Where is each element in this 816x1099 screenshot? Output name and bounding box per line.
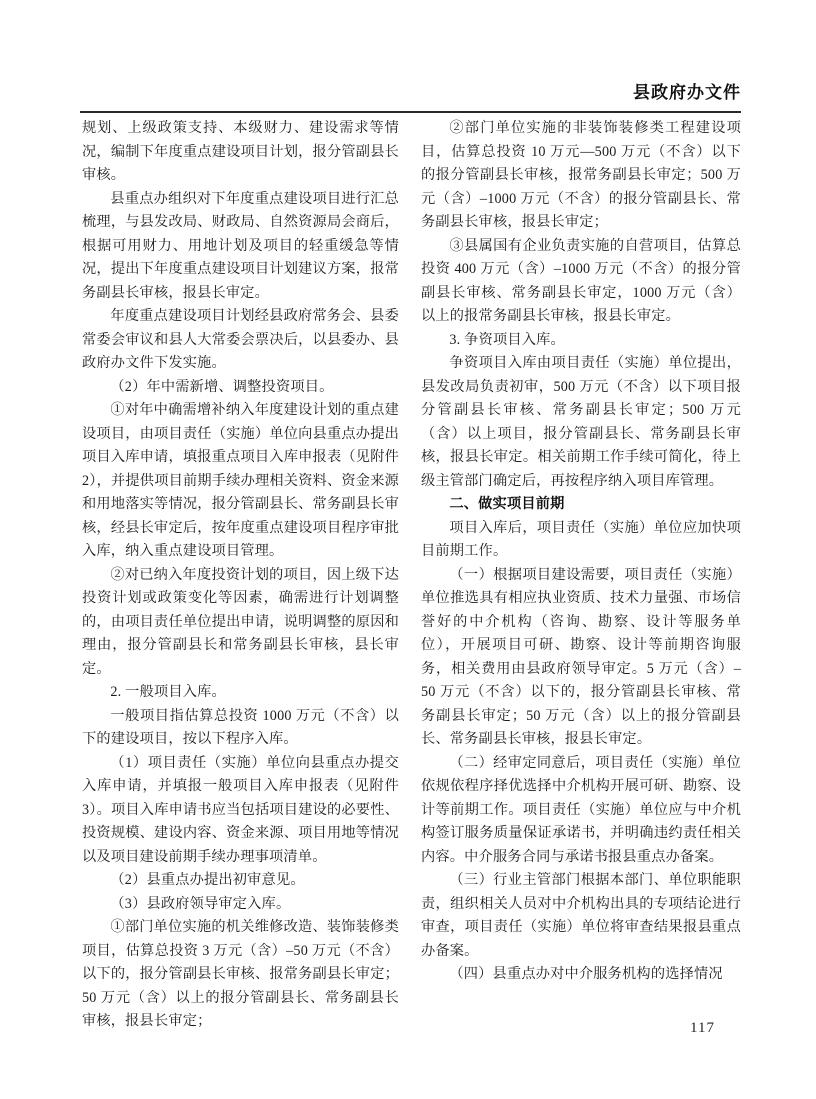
paragraph: ②部门单位实施的非装饰装修类工程建设项目，估算总投资 10 万元—500 万元（… <box>421 117 741 235</box>
paragraph: ③县属国有企业负责实施的自营项目，估算总投资 400 万元（含）–1000 万元… <box>421 235 741 329</box>
section-heading: 二、做实项目前期 <box>421 493 741 517</box>
paragraph: （2）年中需新增、调整投资项目。 <box>82 376 399 400</box>
paragraph: 2. 一般项目入库。 <box>82 681 399 705</box>
paragraph: （1）项目责任（实施）单位向县重点办提交入库申请，并填报一般项目入库申报表（见附… <box>82 752 399 870</box>
paragraph: 一般项目指估算总投资 1000 万元（不含）以下的建设项目，按以下程序入库。 <box>82 705 399 752</box>
paragraph: 年度重点建设项目计划经县政府常务会、县委常委会审议和县人大常委会票决后，以县委办… <box>82 305 399 376</box>
paragraph: （二）经审定同意后，项目责任（实施）单位依规依程序择优选择中介机构开展可研、勘察… <box>421 752 741 870</box>
page-header-title: 县政府办文件 <box>633 83 741 102</box>
paragraph: （一）根据项目建设需要，项目责任（实施）单位推选具有相应执业资质、技术力量强、市… <box>421 564 741 752</box>
paragraph: ①部门单位实施的机关维修改造、装饰装修类项目，估算总投资 3 万元（含）–50 … <box>82 916 399 1034</box>
paragraph: 项目入库后，项目责任（实施）单位应加快项目前期工作。 <box>421 517 741 564</box>
paragraph: 规划、上级政策支持、本级财力、建设需求等情况，编制下年度重点建设项目计划，报分管… <box>82 117 399 188</box>
paragraph: 县重点办组织对下年度重点建设项目进行汇总梳理，与县发改局、财政局、自然资源局会商… <box>82 188 399 306</box>
text-column-right: ②部门单位实施的非装饰装修类工程建设项目，估算总投资 10 万元—500 万元（… <box>421 117 741 987</box>
paragraph: ①对年中确需增补纳入年度建设计划的重点建设项目，由项目责任（实施）单位向县重点办… <box>82 399 399 564</box>
text-column-left: 规划、上级政策支持、本级财力、建设需求等情况，编制下年度重点建设项目计划，报分管… <box>82 117 399 1034</box>
paragraph: 争资项目入库由项目责任（实施）单位提出，县发改局负责初审，500 万元（不含）以… <box>421 352 741 493</box>
paragraph: 3. 争资项目入库。 <box>421 329 741 353</box>
paragraph: ②对已纳入年度投资计划的项目，因上级下达投资计划或政策变化等因素，确需进行计划调… <box>82 564 399 682</box>
paragraph: （3）县政府领导审定入库。 <box>82 893 399 917</box>
paragraph: （三）行业主管部门根据本部门、单位职能职责，组织相关人员对中介机构出具的专项结论… <box>421 869 741 963</box>
paragraph: （四）县重点办对中介服务机构的选择情况 <box>421 963 741 987</box>
document-page: 县政府办文件 规划、上级政策支持、本级财力、建设需求等情况，编制下年度重点建设项… <box>0 0 816 1099</box>
page-header: 县政府办文件 <box>80 78 741 113</box>
paragraph: （2）县重点办提出初审意见。 <box>82 869 399 893</box>
page-number: 117 <box>690 1020 715 1037</box>
